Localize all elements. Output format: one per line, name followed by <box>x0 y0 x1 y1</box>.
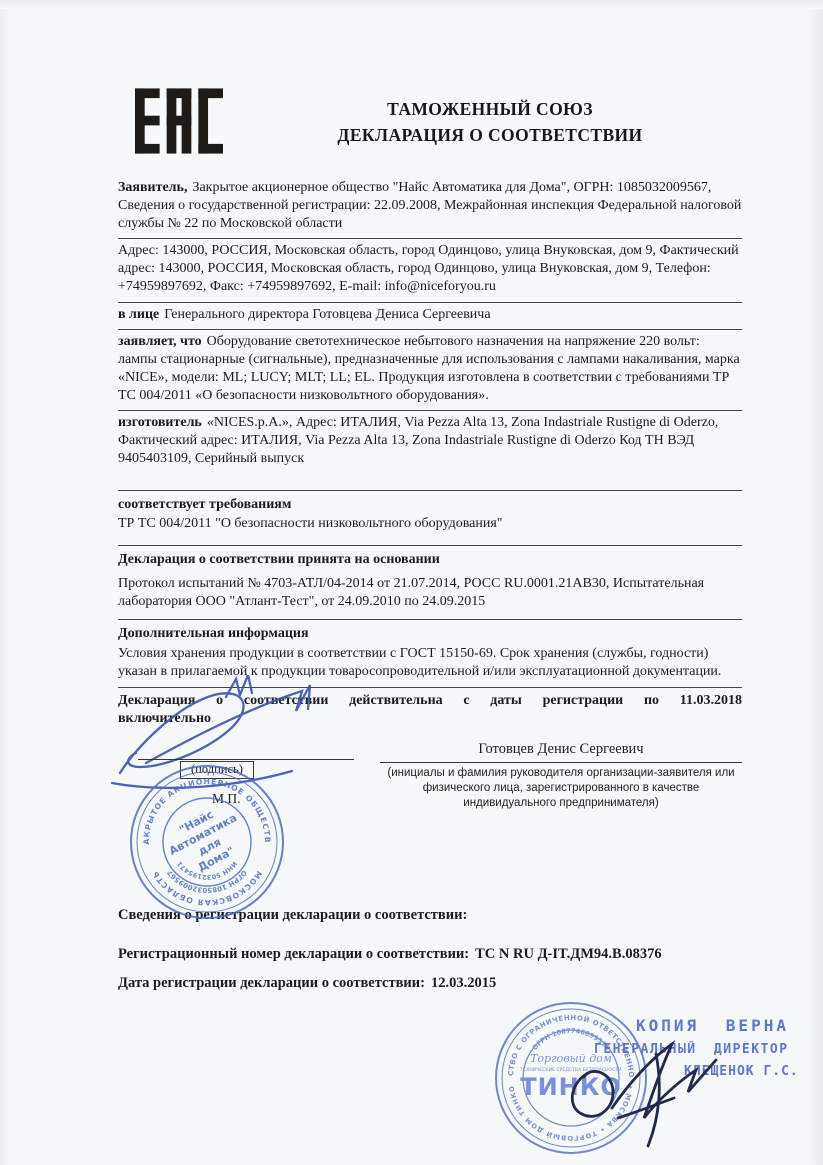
basis-text: Протокол испытаний № 4703-АТЛ/04-2014 от… <box>118 575 742 613</box>
in-person-text: Генерального директора Готовцева Дениса … <box>164 307 490 322</box>
complies-text: ТР ТС 004/2011 "О безопасности низковоль… <box>118 515 742 539</box>
manufacturer-section: изготовитель«NICES.p.A.», Адрес: ИТАЛИЯ,… <box>118 411 742 490</box>
manufacturer-text: «NICES.p.A.», Адрес: ИТАЛИЯ, Via Pezza A… <box>118 415 718 466</box>
complies-section: соответствует требованиям ТР ТС 004/2011… <box>118 491 742 547</box>
validity-section: Декларация о соответствии действительна … <box>118 688 742 730</box>
head-name-block: Готовцев Денис Сергеевич (инициалы и фам… <box>380 741 742 811</box>
title-line-1: ТАМОЖЕННЫЙ СОЮЗ <box>250 96 730 122</box>
additional-section: Дополнительная информация Условия хранен… <box>118 620 742 688</box>
basis-section: Декларация о соответствии принята на осн… <box>118 546 742 619</box>
declares-label: заявляет, что <box>118 334 202 349</box>
in-person-section: в лицеГенерального директора Готовцева Д… <box>118 303 742 331</box>
validity-line-2: включительно <box>118 710 742 728</box>
applicant-text: Закрытое акционерное общество "Найс Авто… <box>118 180 741 231</box>
eac-mark-icon <box>135 88 223 154</box>
signature-line <box>138 759 354 760</box>
additional-text: Условия хранения продукции в соответстви… <box>118 645 742 681</box>
registration-date-label: Дата регистрации декларации о соответств… <box>118 975 425 991</box>
company-seal-stamp: ЗАКРЫТОЕ АКЦИОНЕРНОЕ ОБЩЕСТВО МОСКОВСКАЯ… <box>128 763 286 921</box>
registration-number-label: Регистрационный номер декларации о соотв… <box>118 946 469 962</box>
applicant-section: Заявитель,Закрытое акционерное общество … <box>118 176 742 239</box>
complies-heading: соответствует требованиям <box>118 496 742 514</box>
manufacturer-label: изготовитель <box>118 415 202 430</box>
head-name-caption: (инициалы и фамилия руководителя организ… <box>380 766 742 811</box>
registration-number-line: Регистрационный номер декларации о соотв… <box>118 946 742 963</box>
document-title: ТАМОЖЕННЫЙ СОЮЗ ДЕКЛАРАЦИЯ О СООТВЕТСТВИ… <box>250 96 730 148</box>
copy-verna-line-2: ГЕНЕРАЛЬНЫЙ ДИРЕКТОР <box>594 1042 789 1057</box>
declares-section: заявляет, чтоОборудование светотехническ… <box>118 330 742 411</box>
signature-area: (подпись) М.П. ЗАКРЫТОЕ АКЦИОНЕРНОЕ ОБЩЕ… <box>118 729 742 897</box>
address-text: Адрес: 143000, РОССИЯ, Московская област… <box>118 243 739 294</box>
declares-text: Оборудование светотехническое небытового… <box>118 334 740 402</box>
tinko-seal-stamp: ОБЩЕСТВО С ОГРАНИЧЕННОЙ ОТВЕТСТВЕННОСТЬЮ… <box>483 1000 659 1160</box>
address-section: Адрес: 143000, РОССИЯ, Московская област… <box>118 239 742 302</box>
head-name: Готовцев Денис Сергеевич <box>380 741 742 763</box>
tinko-name-text: ТИНКО <box>520 1073 622 1101</box>
registration-number-value: ТС N RU Д-IT.ДМ94.В.08376 <box>475 946 661 962</box>
in-person-label: в лице <box>118 307 159 322</box>
registration-date-line: Дата регистрации декларации о соответств… <box>118 975 742 992</box>
additional-heading: Дополнительная информация <box>118 625 742 643</box>
registration-date-value: 12.03.2015 <box>431 975 496 991</box>
copy-verna-line-3: КЛЕЩЕНОК Г.С. <box>684 1064 799 1079</box>
copy-verna-line-1: КОПИЯ ВЕРНА <box>636 1016 789 1035</box>
title-line-2: ДЕКЛАРАЦИЯ О СООТВЕТСТВИИ <box>250 122 730 148</box>
applicant-label: Заявитель, <box>118 180 187 195</box>
document-body: Заявитель,Закрытое акционерное общество … <box>118 176 742 1004</box>
declaration-document: ТАМОЖЕННЫЙ СОЮЗ ДЕКЛАРАЦИЯ О СООТВЕТСТВИ… <box>0 0 823 1165</box>
validity-line-1: Декларация о соответствии действительна … <box>118 692 742 710</box>
basis-heading: Декларация о соответствии принята на осн… <box>118 551 742 569</box>
